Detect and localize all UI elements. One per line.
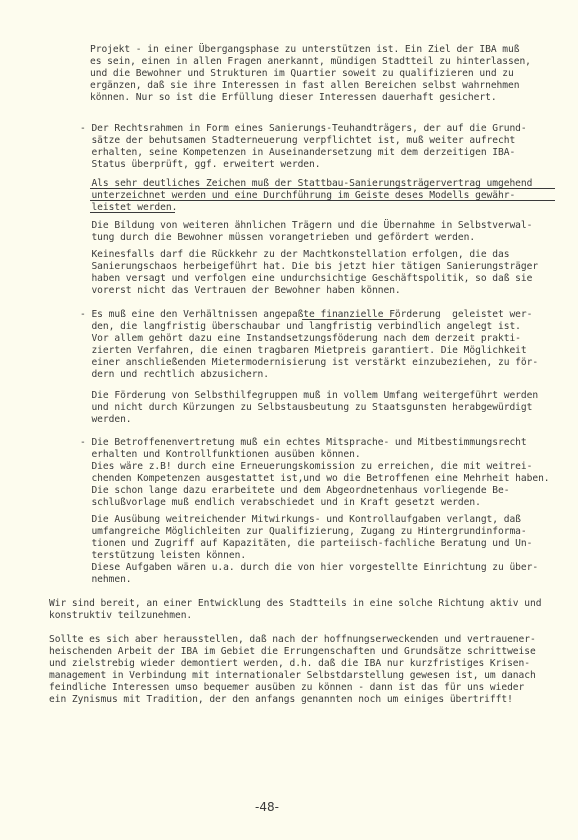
- underline-zeichen-3: [90, 212, 175, 213]
- paragraph-intro: Projekt - in einer Übergangsphase zu unt…: [90, 44, 531, 104]
- document-page: Projekt - in einer Übergangsphase zu unt…: [0, 0, 578, 840]
- underline-finanzielle-foerderung: [302, 319, 397, 320]
- paragraph-sollte: Sollte es sich aber herausstellen, daß n…: [49, 634, 536, 707]
- paragraph-bereit: Wir sind bereit, an einer Entwicklung de…: [49, 598, 541, 622]
- page-number: -48-: [255, 800, 279, 814]
- paragraph-keinesfalls: Keinesfalls darf die Rückkehr zu der Mac…: [80, 249, 538, 297]
- underline-zeichen-2: [90, 200, 555, 201]
- paragraph-selbsthilfe: Die Förderung von Selbsthilfegruppen muß…: [80, 390, 538, 426]
- bullet-rechtsrahmen: - Der Rechtsrahmen in Form eines Sanieru…: [80, 123, 527, 171]
- underline-zeichen-1: [90, 188, 555, 189]
- paragraph-ausuebung: Die Ausübung weitreichender Mitwirkungs-…: [80, 514, 538, 587]
- bullet-betroffenen: - Die Betroffenenvertretung muß ein echt…: [80, 437, 550, 510]
- paragraph-bildung: Die Bildung von weiteren ähnlichen Träge…: [80, 220, 532, 244]
- paragraph-zeichen-underlined: Als sehr deutliches Zeichen muß der Stat…: [80, 178, 532, 214]
